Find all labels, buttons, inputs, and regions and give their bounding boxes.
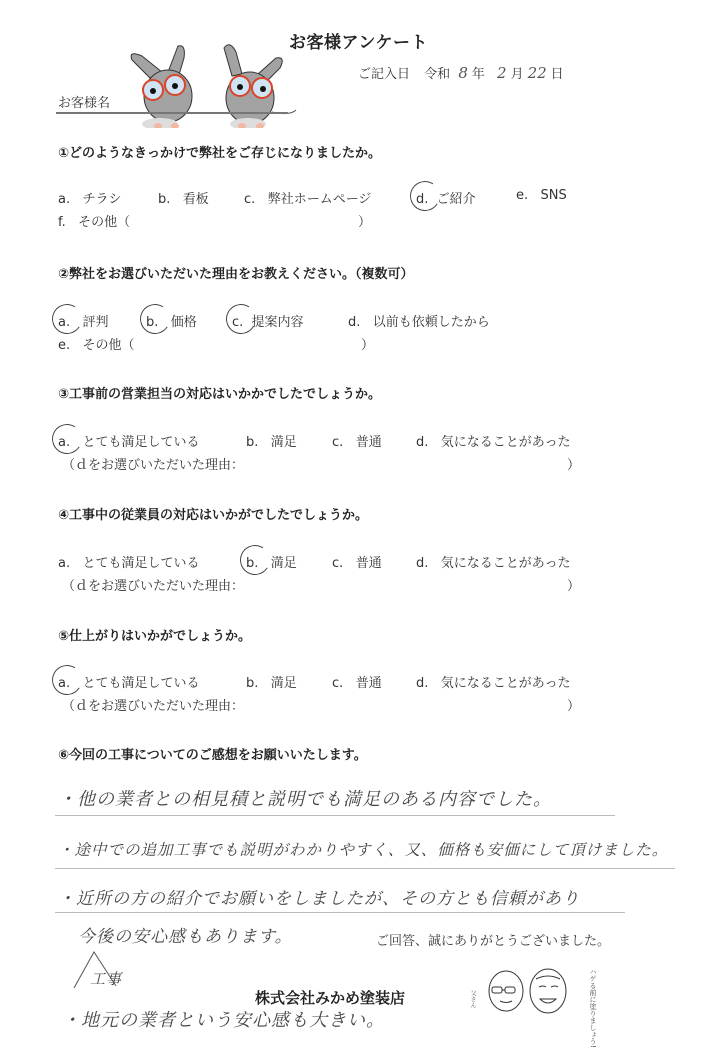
date-day-unit: 日 [551,67,564,82]
q4-reason-field[interactable]: （ｄをお選びいただいた理由： ） [62,575,582,593]
handwritten-comment-4: 今後の安心感もあります。 [78,922,293,947]
q2-option-other[interactable]: e. その他（ ） [58,334,378,352]
q2-option-a[interactable]: a. 評判 [58,311,109,330]
question-2-options: a. 評判 b. 価格 c. 提案内容 d. 以前も依頼したから [58,311,618,329]
q2-option-d[interactable]: d. 以前も依頼したから [348,311,490,330]
question-3-title: ③工事前の営業担当の対応はいかかでしたでしょうか。 [58,383,381,402]
q2-option-c[interactable]: c. 提案内容 [232,311,304,330]
q5-option-b[interactable]: b. 満足 [246,672,297,691]
selected-circle-icon [137,301,173,337]
q4-option-a[interactable]: a. とても満足している [58,552,200,571]
q3-option-c[interactable]: c. 普通 [332,431,382,450]
selected-circle-icon [237,542,273,578]
question-3-options: a. とても満足している b. 満足 c. 普通 d. 気になることがあった [58,431,618,449]
date-month-unit: 月 [511,67,524,82]
question-1-title: ①どのようなきっかけで弊社をご存じになりましたか。 [58,142,381,161]
writing-line [55,912,625,913]
selected-circle-icon [49,421,85,457]
customer-name-label: お客様名 [58,92,110,111]
q1-option-e[interactable]: e. SNS [516,188,567,203]
selected-circle-icon [407,178,443,214]
q2-option-b[interactable]: b. 価格 [146,311,197,330]
q5-option-a[interactable]: a. とても満足している [58,672,200,691]
q3-option-a[interactable]: a. とても満足している [58,431,200,450]
date-label: ご記入日 [358,67,410,82]
date-era: 令和 [424,67,450,82]
handwritten-comment-2: ・途中での追加工事でも説明がわかりやすく、又、価格も安価にして頂けました。 [58,838,668,860]
selected-circle-icon [223,301,259,337]
q1-option-b[interactable]: b. 看板 [158,188,209,207]
writing-line [55,815,615,816]
q4-option-c[interactable]: c. 普通 [332,552,382,571]
form-title: お客様アンケート [0,28,717,53]
entry-date: ご記入日 令和 8年 2月22日 [358,63,564,82]
q4-option-d[interactable]: d. 気になることがあった [416,552,571,571]
mouse-right-icon [224,45,296,128]
q1-option-a[interactable]: a. チラシ [58,188,122,207]
handwritten-comment-1: ・他の業者との相見積と説明でも満足のある内容でした。 [58,785,552,811]
q3-option-d[interactable]: d. 気になることがあった [416,431,571,450]
handwritten-insert: 工事 [90,968,122,989]
handwritten-comment-5: ・地元の業者という安心感も大きい。 [62,1006,385,1032]
question-2-title: ②弊社をお選びいただいた理由をお教えください。（複数可） [58,263,414,282]
writing-line [55,868,675,869]
face-smiling-icon [530,969,566,1013]
mascot-illustration [120,38,320,128]
face-glasses-icon [489,971,523,1011]
question-4-title: ④工事中の従業員の対応はいかがでしたでしょうか。 [58,504,368,523]
staff-caricature [478,967,588,1017]
selected-circle-icon [49,301,85,337]
q1-option-d[interactable]: d. ご紹介 [416,188,476,207]
q5-reason-field[interactable]: （ｄをお選びいただいた理由： ） [62,695,582,713]
question-1-options: a. チラシ b. 看板 c. 弊社ホームページ d. ご紹介 e. SNS [58,188,618,206]
handwritten-comment-3: ・近所の方の紹介でお願いをしましたが、その方とも信頼があり [58,884,580,909]
q3-reason-field[interactable]: （ｄをお選びいただいた理由： ） [62,454,582,472]
q4-option-b[interactable]: b. 満足 [246,552,297,571]
question-5-options: a. とても満足している b. 満足 c. 普通 d. 気になることがあった [58,672,618,690]
date-year-field[interactable]: 8 [458,64,468,82]
caricature-side-note: 父さん [468,990,477,1008]
q1-option-c[interactable]: c. 弊社ホームページ [244,188,371,207]
date-day-field[interactable]: 22 [528,64,547,82]
date-month-field[interactable]: 2 [497,64,507,82]
q5-option-d[interactable]: d. 気になることがあった [416,672,571,691]
thank-you-message: ご回答、誠にありがとうございました。 [376,930,610,949]
customer-name-field[interactable] [56,112,288,114]
question-4-options: a. とても満足している b. 満足 c. 普通 d. 気になることがあった [58,552,618,570]
question-5-title: ⑤仕上がりはいかがでしょうか。 [58,625,251,644]
question-6-title: ⑥今回の工事についてのご感想をお願いいたします。 [58,744,367,763]
date-year-unit: 年 [472,67,485,82]
selected-circle-icon [49,662,85,698]
insert-caret-icon [72,950,132,990]
caricature-caption: ハゲる前に塗りましょう! [588,968,598,1048]
company-name: 株式会社みかめ塗装店 [255,987,405,1008]
mouse-left-icon [131,46,192,128]
q1-option-other[interactable]: f. その他（ ） [58,211,378,229]
q3-option-b[interactable]: b. 満足 [246,431,297,450]
q5-option-c[interactable]: c. 普通 [332,672,382,691]
